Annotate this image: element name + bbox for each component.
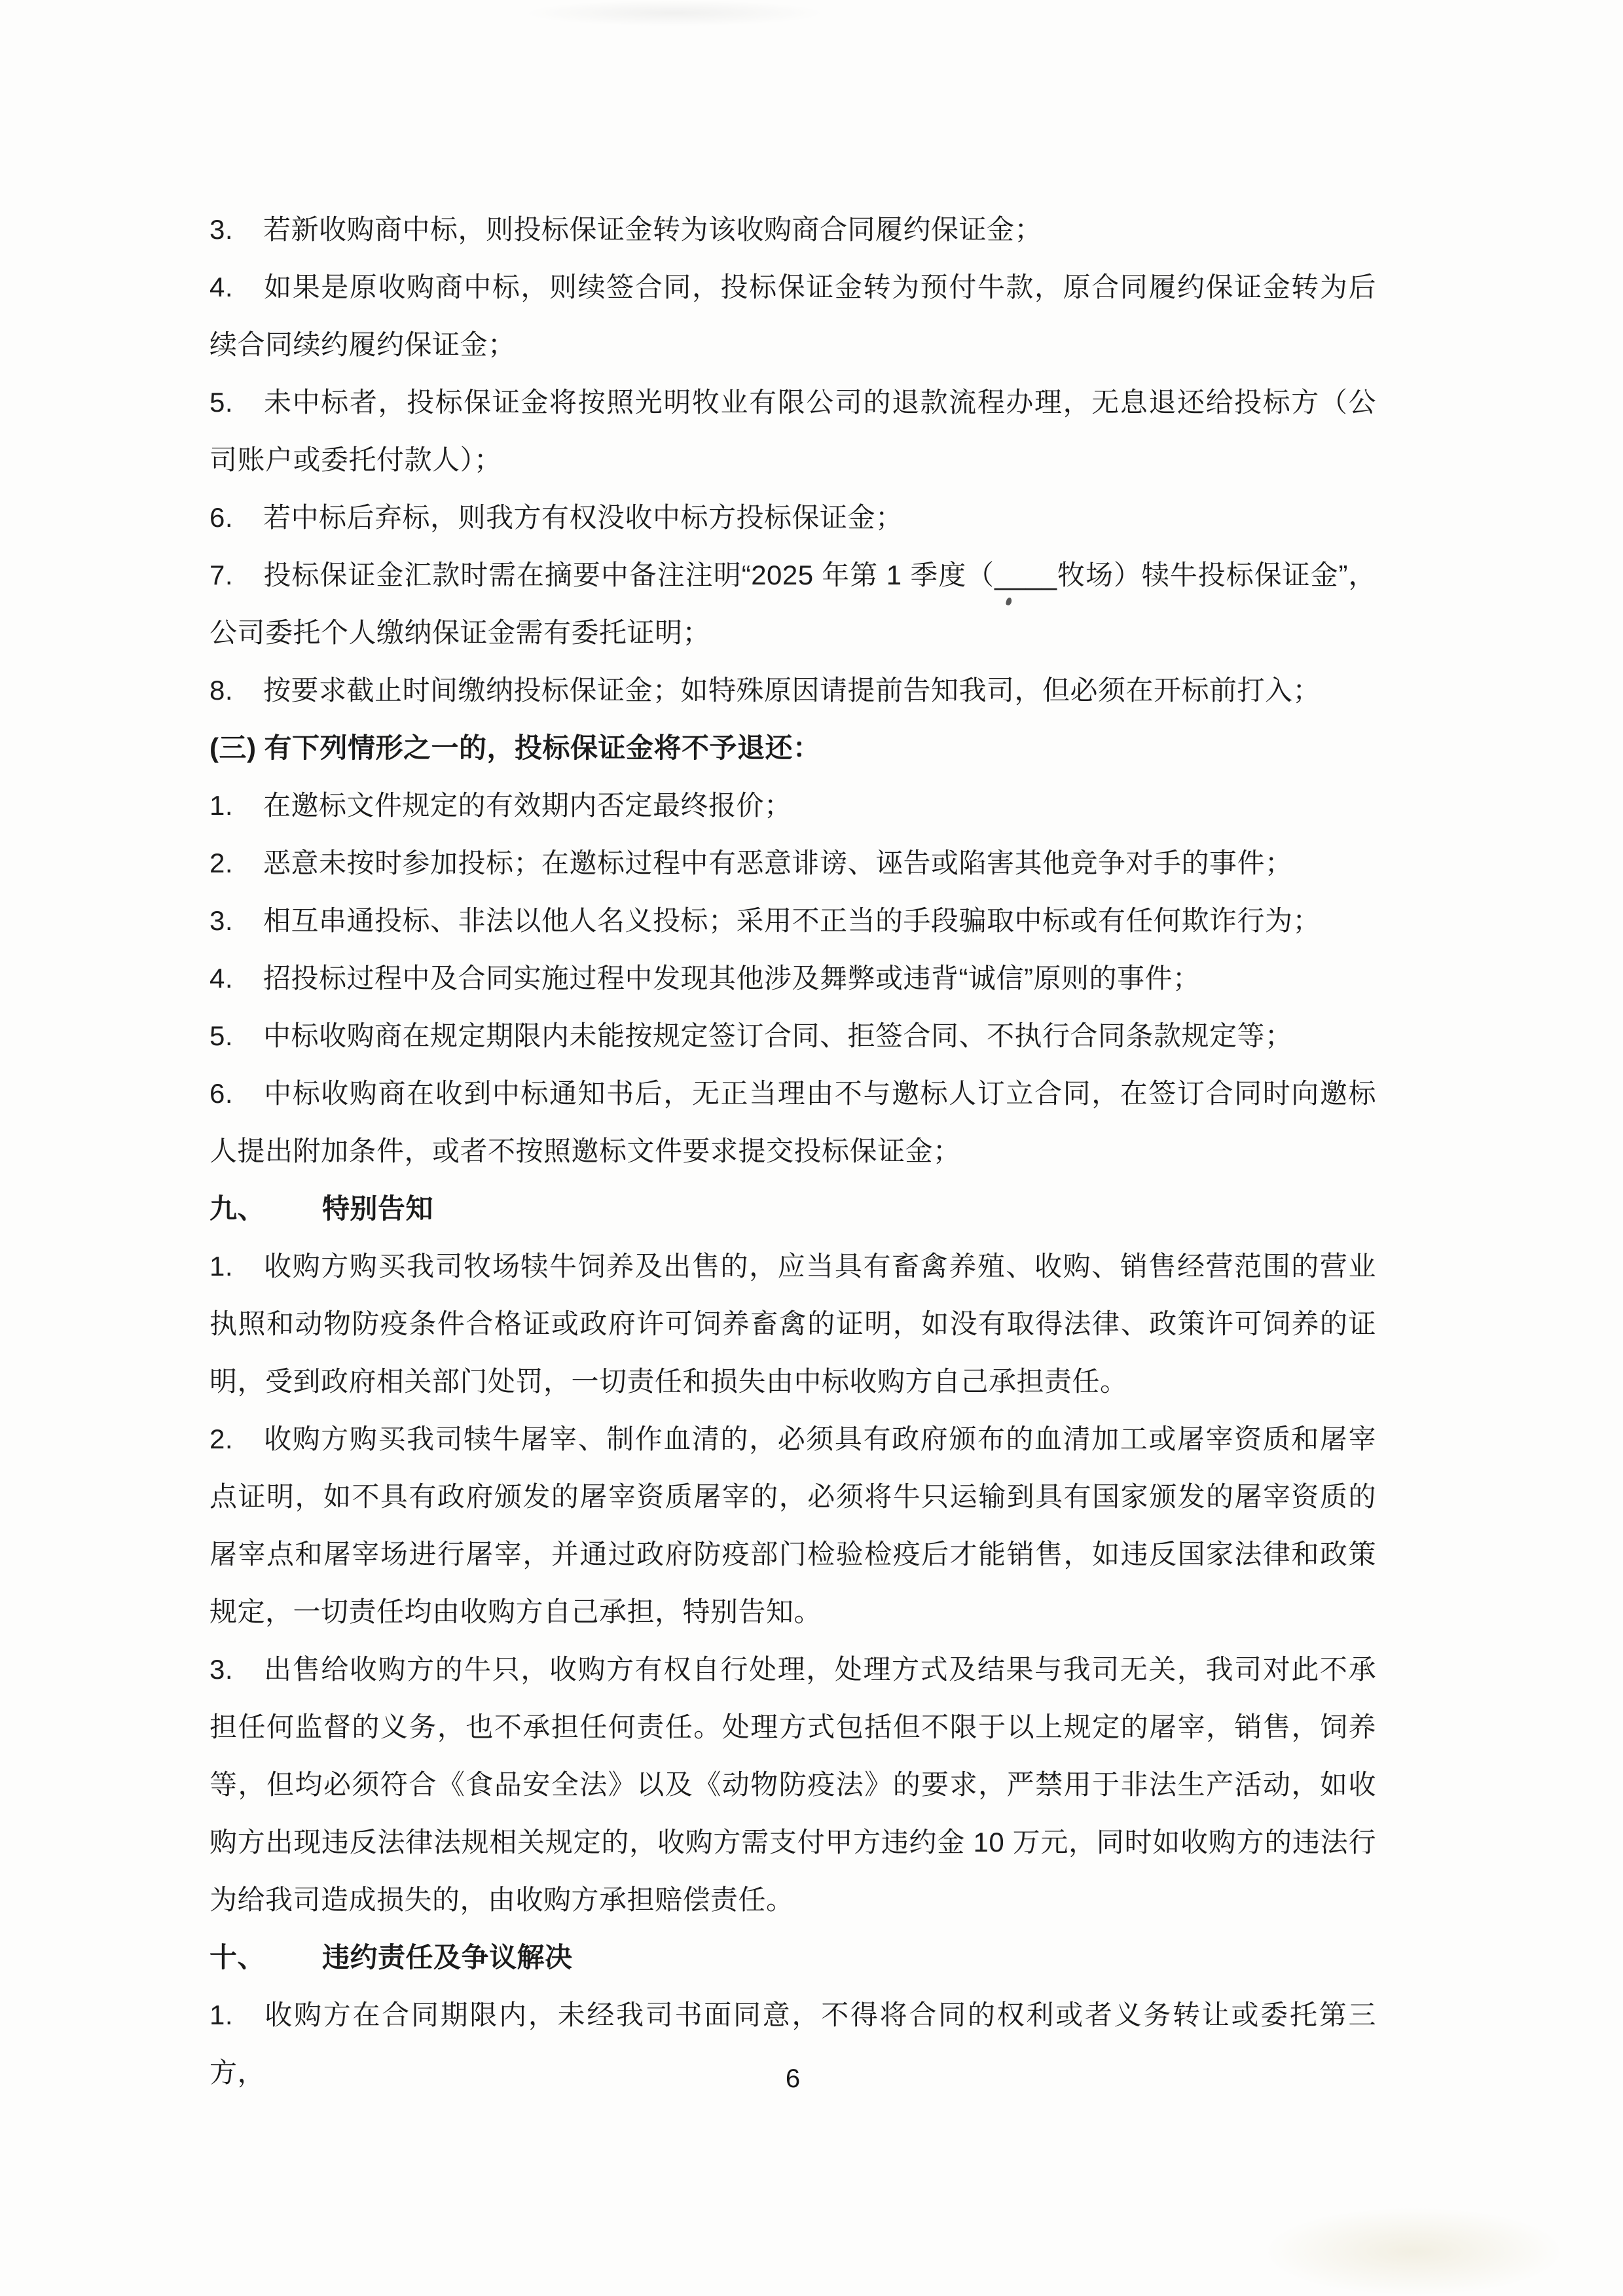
block-text: 若新收购商中标，则投标保证金转为该收购商合同履约保证金； xyxy=(263,214,1042,245)
block-text: 收购方购买我司牧场犊牛饲养及出售的，应当具有畜禽养殖、收购、销售经营范围的营业执… xyxy=(210,1251,1376,1397)
list-item: 6.若中标后弃标，则我方有权没收中标方投标保证金； xyxy=(210,489,1376,547)
clause-heading: (三)有下列情形之一的，投标保证金将不予退还： xyxy=(210,719,1376,777)
list-item: 3.相互串通投标、非法以他人名义投标；采用不正当的手段骗取中标或有任何欺诈行为； xyxy=(210,892,1376,950)
block-text: 相互串通投标、非法以他人名义投标；采用不正当的手段骗取中标或有任何欺诈行为； xyxy=(263,905,1321,936)
list-item: 7.投标保证金汇款时需在摘要中备注注明“2025 年第 1 季度（____牧场）… xyxy=(210,547,1376,662)
list-item: 1.收购方购买我司牧场犊牛饲养及出售的，应当具有畜禽养殖、收购、销售经营范围的营… xyxy=(210,1238,1376,1410)
block-number: 2. xyxy=(210,1410,233,1468)
block-text: 恶意未按时参加投标；在邀标过程中有恶意诽谤、诬告或陷害其他竞争对手的事件； xyxy=(263,848,1293,878)
block-number: (三) xyxy=(210,719,256,777)
block-number: 4. xyxy=(210,259,233,316)
scan-artifact-bottom-smudge xyxy=(1264,2207,1565,2296)
list-item: 8.按要求截止时间缴纳投标保证金；如特殊原因请提前告知我司，但必须在开标前打入； xyxy=(210,662,1376,719)
block-text: 招投标过程中及合同实施过程中发现其他涉及舞弊或违背“诚信”原则的事件； xyxy=(263,963,1200,994)
block-text: 特别告知 xyxy=(322,1193,433,1224)
block-number: 3. xyxy=(210,892,233,950)
list-item: 2.恶意未按时参加投标；在邀标过程中有恶意诽谤、诬告或陷害其他竞争对手的事件； xyxy=(210,834,1376,892)
page-footer: 6 xyxy=(210,2058,1376,2099)
list-item: 4.招投标过程中及合同实施过程中发现其他涉及舞弊或违背“诚信”原则的事件； xyxy=(210,950,1376,1007)
block-number: 1. xyxy=(210,777,233,834)
block-number: 8. xyxy=(210,662,233,719)
list-item: 4.如果是原收购商中标，则续签合同，投标保证金转为预付牛款，原合同履约保证金转为… xyxy=(210,259,1376,374)
block-number: 6. xyxy=(210,1065,233,1122)
list-item: 5.中标收购商在规定期限内未能按规定签订合同、拒签合同、不执行合同条款规定等； xyxy=(210,1007,1376,1065)
block-text: 收购方购买我司犊牛屠宰、制作血清的，必须具有政府颁布的血清加工或屠宰资质和屠宰点… xyxy=(210,1424,1376,1627)
block-number: 6. xyxy=(210,489,233,547)
scan-artifact-top-smudge xyxy=(524,0,825,26)
document-body: 3.若新收购商中标，则投标保证金转为该收购商合同履约保证金；4.如果是原收购商中… xyxy=(210,201,1376,2102)
block-number: 九、 xyxy=(210,1180,322,1238)
block-number: 3. xyxy=(210,1641,233,1698)
document-page: 3.若新收购商中标，则投标保证金转为该收购商合同履约保证金；4.如果是原收购商中… xyxy=(0,0,1623,2296)
block-text: 违约责任及争议解决 xyxy=(322,1942,573,1973)
block-number: 5. xyxy=(210,374,233,431)
block-text: 有下列情形之一的，投标保证金将不予退还： xyxy=(264,732,820,763)
block-number: 3. xyxy=(210,201,233,259)
block-text: 出售给收购方的牛只，收购方有权自行处理，处理方式及结果与我司无关，我司对此不承担… xyxy=(210,1654,1376,1915)
block-number: 2. xyxy=(210,834,233,892)
block-text: 中标收购商在收到中标通知书后，无正当理由不与邀标人订立合同，在签订合同时向邀标人… xyxy=(210,1078,1376,1166)
list-item: 2.收购方购买我司犊牛屠宰、制作血清的，必须具有政府颁布的血清加工或屠宰资质和屠… xyxy=(210,1410,1376,1641)
block-number: 7. xyxy=(210,547,233,604)
list-item: 1.在邀标文件规定的有效期内否定最终报价； xyxy=(210,777,1376,834)
section-heading: 九、特别告知 xyxy=(210,1180,1376,1238)
block-number: 1. xyxy=(210,1238,233,1295)
section-heading: 十、违约责任及争议解决 xyxy=(210,1929,1376,1986)
page-number: 6 xyxy=(786,2064,800,2093)
block-number: 4. xyxy=(210,950,233,1007)
block-number: 1. xyxy=(210,1986,233,2044)
block-number: 十、 xyxy=(210,1929,322,1986)
block-text: 如果是原收购商中标，则续签合同，投标保证金转为预付牛款，原合同履约保证金转为后续… xyxy=(210,272,1376,360)
list-item: 6.中标收购商在收到中标通知书后，无正当理由不与邀标人订立合同，在签订合同时向邀… xyxy=(210,1065,1376,1180)
list-item: 5.未中标者，投标保证金将按照光明牧业有限公司的退款流程办理，无息退还给投标方（… xyxy=(210,374,1376,489)
block-text: 在邀标文件规定的有效期内否定最终报价； xyxy=(263,790,792,821)
block-text: 中标收购商在规定期限内未能按规定签订合同、拒签合同、不执行合同条款规定等； xyxy=(263,1020,1293,1051)
block-text: 投标保证金汇款时需在摘要中备注注明“2025 年第 1 季度（____牧场）犊牛… xyxy=(210,560,1376,648)
list-item: 3.出售给收购方的牛只，收购方有权自行处理，处理方式及结果与我司无关，我司对此不… xyxy=(210,1641,1376,1929)
block-text: 若中标后弃标，则我方有权没收中标方投标保证金； xyxy=(263,502,903,533)
list-item: 3.若新收购商中标，则投标保证金转为该收购商合同履约保证金； xyxy=(210,201,1376,259)
block-text: 未中标者，投标保证金将按照光明牧业有限公司的退款流程办理，无息退还给投标方（公司… xyxy=(210,387,1376,475)
block-text: 按要求截止时间缴纳投标保证金；如特殊原因请提前告知我司，但必须在开标前打入； xyxy=(263,675,1321,706)
block-number: 5. xyxy=(210,1007,233,1065)
